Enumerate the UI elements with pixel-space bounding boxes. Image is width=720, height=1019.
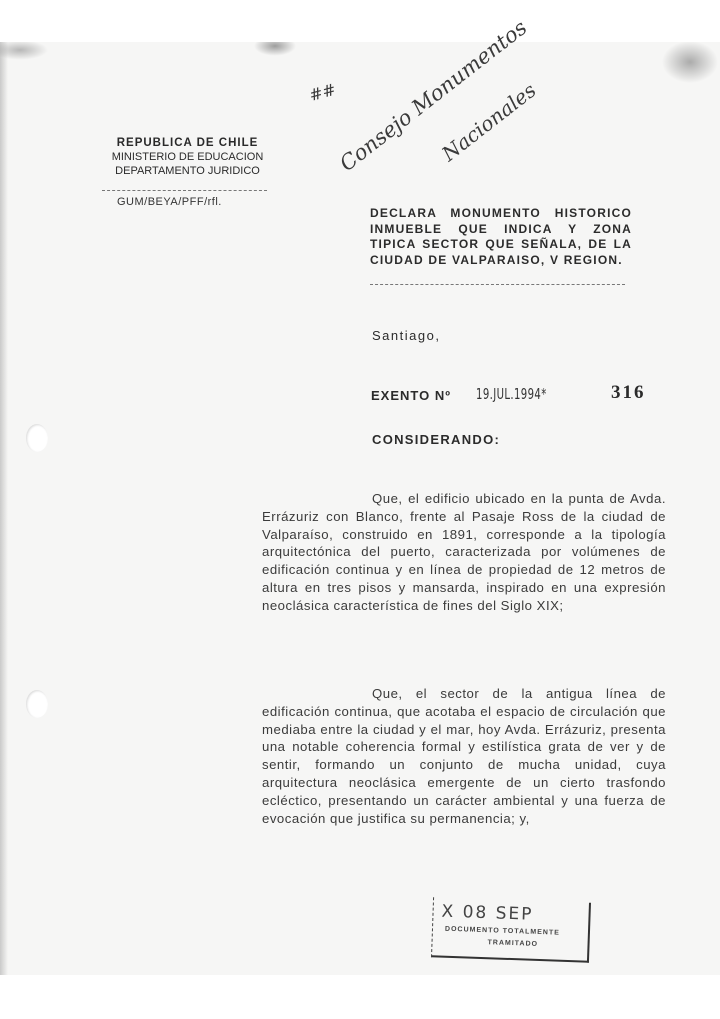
punch-hole: [26, 690, 48, 718]
paragraph-2-text: Que, el sector de la antigua línea de ed…: [262, 686, 666, 826]
scanned-document-page: REPUBLICA DE CHILE MINISTERIO DE EDUCACI…: [0, 42, 720, 975]
letterhead-ministry: MINISTERIO DE EDUCACION: [100, 150, 275, 164]
paragraph-1: Que, el edificio ubicado en la punta de …: [262, 490, 666, 615]
reference-code: GUM/BEYA/PFF/rfl.: [117, 196, 222, 208]
section-heading: CONSIDERANDO:: [372, 432, 500, 447]
paragraph-2: Que, el sector de la antigua línea de ed…: [262, 685, 666, 827]
title-divider: [370, 284, 625, 285]
received-stamp: X 08 SEP DOCUMENTO TOTALMENTE TRAMITADO: [431, 897, 591, 962]
letterhead-country: REPUBLICA DE CHILE: [100, 136, 275, 150]
decree-number: 316: [611, 382, 646, 404]
decree-label: EXENTO Nº: [371, 388, 451, 403]
received-stamp-status-2: TRAMITADO: [487, 939, 538, 948]
letterhead: REPUBLICA DE CHILE MINISTERIO DE EDUCACI…: [100, 136, 275, 178]
place-label: Santiago,: [372, 328, 440, 343]
received-stamp-date: X 08 SEP: [441, 902, 534, 925]
letterhead-department: DEPARTAMENTO JURIDICO: [100, 164, 275, 178]
punch-hole: [26, 424, 48, 452]
paragraph-1-text: Que, el edificio ubicado en la punta de …: [262, 491, 666, 613]
letterhead-divider: [102, 190, 267, 191]
received-stamp-status: DOCUMENTO TOTALMENTE: [445, 926, 560, 937]
handwritten-mark: ##: [307, 80, 338, 105]
document-title: DECLARA MONUMENTO HISTORICO INMUEBLE QUE…: [370, 206, 632, 268]
date-stamp: 19.JUL.1994*: [476, 385, 547, 403]
